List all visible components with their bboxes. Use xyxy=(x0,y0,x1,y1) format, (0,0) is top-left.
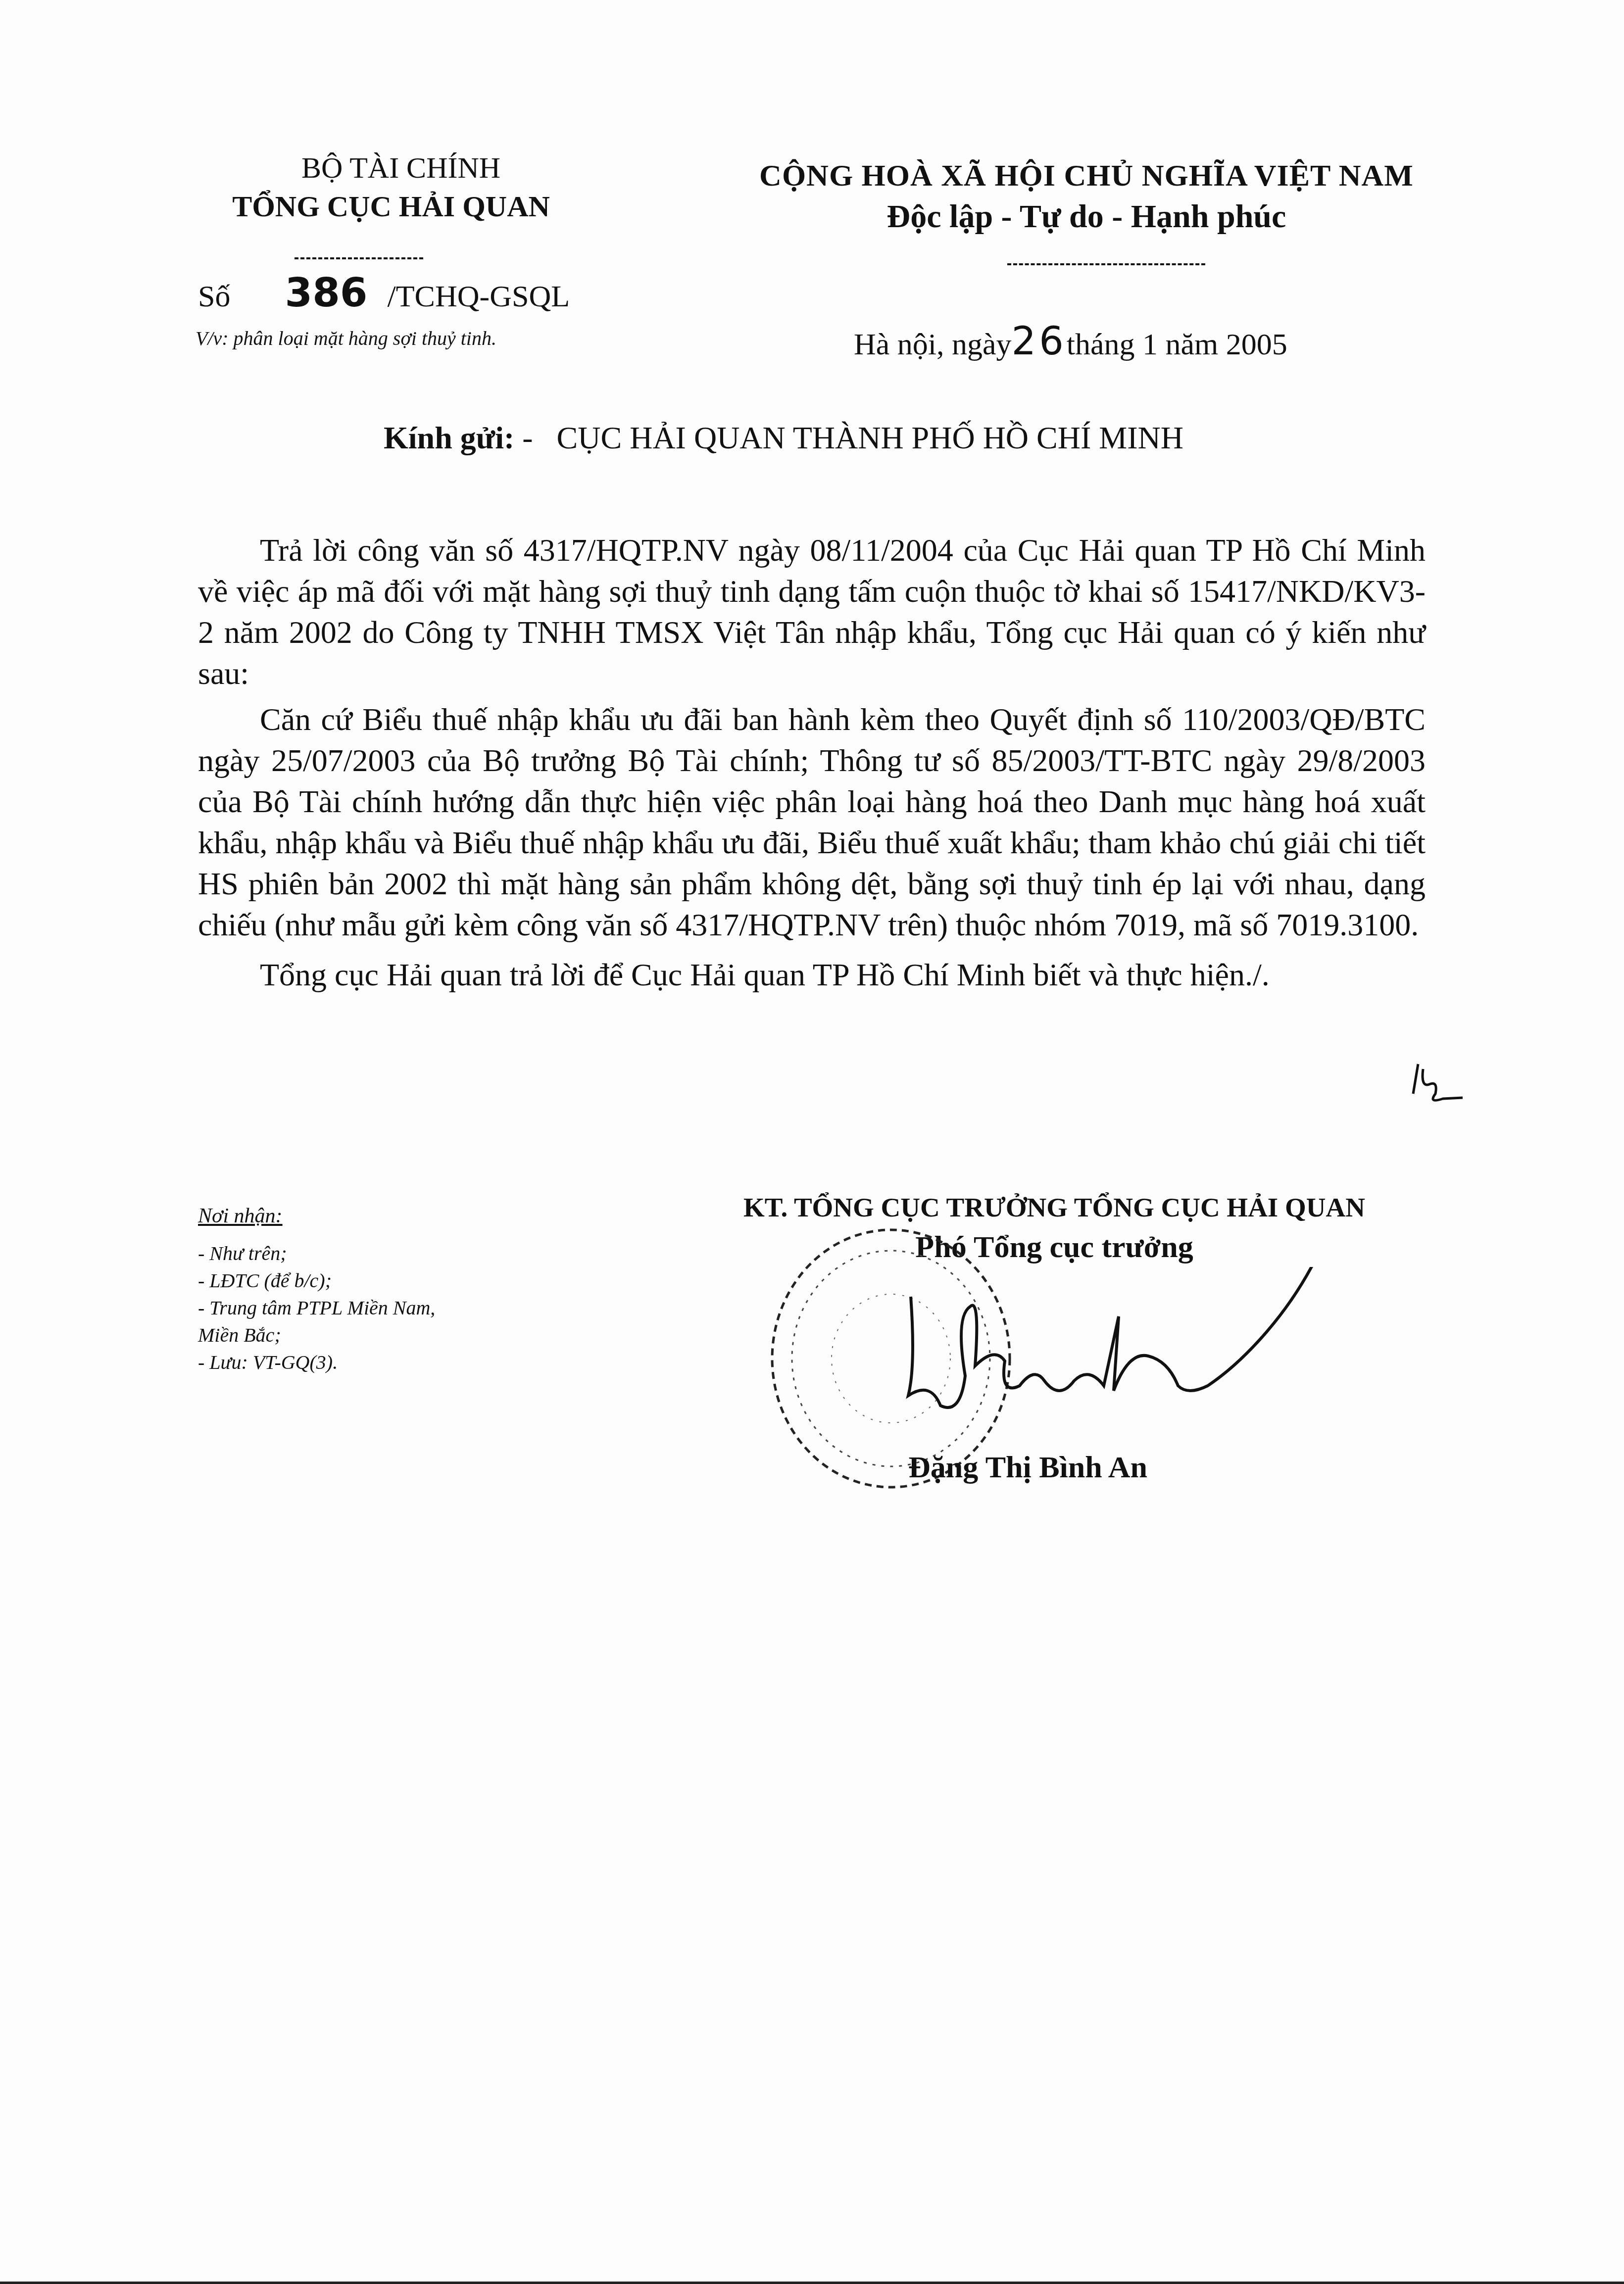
recipient-item: - Lưu: VT-GQ(3). xyxy=(198,1349,435,1376)
department-name: TỔNG CỤC HẢI QUAN xyxy=(188,187,594,226)
number-prefix: Số xyxy=(198,280,230,313)
recipient-item: - LĐTC (để b/c); xyxy=(198,1267,435,1294)
closing-paragraph: Tổng cục Hải quan trả lời để Cục Hải qua… xyxy=(198,954,1426,995)
document-number: Số386/TCHQ-GSQL xyxy=(198,270,570,316)
addressee-label: Kính gửi: xyxy=(384,420,514,455)
recipients-list: Nơi nhận: - Như trên; - LĐTC (để b/c); -… xyxy=(198,1203,435,1376)
letter-body: Trả lời công văn số 4317/HQTP.NV ngày 08… xyxy=(198,530,1426,1000)
divider-left xyxy=(295,257,423,259)
ministry-name: BỘ TÀI CHÍNH xyxy=(188,148,594,187)
number-value: 386 xyxy=(285,270,367,316)
initials-mark-icon xyxy=(1408,1054,1468,1109)
number-suffix: /TCHQ-GSQL xyxy=(387,280,570,313)
date-line: Hà nội, ngày26tháng 1 năm 2005 xyxy=(854,319,1287,364)
date-suffix: tháng 1 năm 2005 xyxy=(1067,328,1287,361)
recipient-item: - Như trên; xyxy=(198,1240,435,1267)
addressee: Kính gửi: - CỤC HẢI QUAN THÀNH PHỐ HỒ CH… xyxy=(384,420,1183,456)
recipient-item: Miền Bắc; xyxy=(198,1321,435,1349)
body-paragraph: Trả lời công văn số 4317/HQTP.NV ngày 08… xyxy=(198,530,1426,694)
body-paragraph: Căn cứ Biểu thuế nhập khẩu ưu đãi ban hà… xyxy=(198,699,1426,945)
recipients-title: Nơi nhận: xyxy=(198,1203,435,1230)
signer-name: Đặng Thị Bình An xyxy=(908,1450,1147,1485)
addressee-dash: - xyxy=(522,420,533,455)
recipient-item: - Trung tâm PTPL Miền Nam, xyxy=(198,1294,435,1321)
divider-right xyxy=(1007,263,1205,265)
issuing-authority: BỘ TÀI CHÍNH TỔNG CỤC HẢI QUAN xyxy=(188,148,594,226)
national-motto: Độc lập - Tự do - Hạnh phúc xyxy=(723,195,1450,238)
scan-edge xyxy=(0,2282,1624,2284)
handwritten-signature-icon xyxy=(881,1267,1396,1440)
date-day: 26 xyxy=(1012,319,1067,364)
date-prefix: Hà nội, ngày xyxy=(854,328,1012,361)
national-header: CỘNG HOÀ XÃ HỘI CHỦ NGHĨA VIỆT NAM Độc l… xyxy=(723,156,1450,238)
country-name: CỘNG HOÀ XÃ HỘI CHỦ NGHĨA VIỆT NAM xyxy=(723,156,1450,195)
addressee-recipient: CỤC HẢI QUAN THÀNH PHỐ HỒ CHÍ MINH xyxy=(557,420,1183,455)
subject-line: V/v: phân loại mặt hàng sợi thuỷ tinh. xyxy=(196,327,496,350)
